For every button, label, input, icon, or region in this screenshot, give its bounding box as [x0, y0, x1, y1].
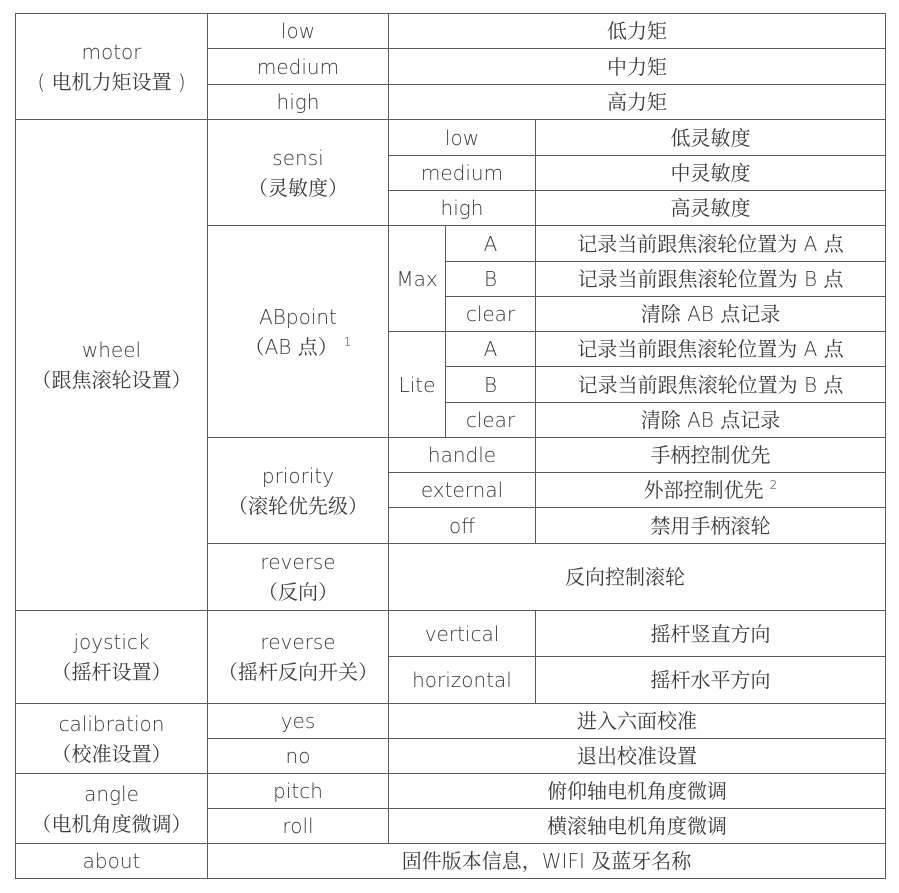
- option-desc: 手柄控制优先: [535, 437, 886, 473]
- submenu-sublabel-line: （AB 点）1: [245, 332, 352, 362]
- submenu-sublabel: （AB 点）: [245, 335, 338, 359]
- submenu-abpoint: ABpoint （AB 点）1: [207, 225, 389, 438]
- option-desc: 摇杆水平方向: [535, 656, 886, 704]
- submenu-label: reverse: [260, 627, 335, 657]
- menu-label: angle: [84, 779, 139, 809]
- submenu-sensi: sensi （灵敏度）: [207, 119, 389, 226]
- menu-sublabel: ( 电机力矩设置 ): [37, 67, 185, 97]
- option-key: medium: [388, 155, 536, 191]
- submenu-label: priority: [262, 461, 334, 491]
- menu-about: about: [15, 843, 208, 879]
- menu-joystick: joystick （摇杆设置）: [15, 610, 208, 704]
- option-key: horizontal: [388, 656, 536, 704]
- menu-label: wheel: [82, 335, 141, 365]
- option-desc: 清除 AB 点记录: [535, 402, 886, 438]
- submenu-sublabel: （摇杆反向开关）: [218, 657, 378, 687]
- menu-calibration: calibration （校准设置）: [15, 703, 208, 774]
- option-key: handle: [388, 437, 536, 473]
- option-key: yes: [207, 703, 389, 739]
- option-key: roll: [207, 808, 389, 844]
- option-key: A: [445, 331, 536, 367]
- option-key: external: [388, 472, 536, 508]
- menu-sublabel: （摇杆设置）: [52, 657, 172, 687]
- menu-wheel: wheel （跟焦滚轮设置）: [15, 119, 208, 611]
- menu-sublabel: （跟焦滚轮设置）: [32, 365, 192, 395]
- option-key: no: [207, 738, 389, 774]
- submenu-label: sensi: [272, 143, 323, 173]
- option-desc: 低灵敏度: [535, 119, 886, 156]
- option-desc: 记录当前跟焦滚轮位置为 A 点: [535, 331, 886, 367]
- option-key: high: [207, 84, 389, 120]
- option-desc: 横滚轴电机角度微调: [388, 808, 886, 844]
- option-key: vertical: [388, 610, 536, 657]
- desc-line: 外部控制优先2: [644, 475, 778, 505]
- option-key: off: [388, 507, 536, 544]
- option-desc: 中力矩: [388, 48, 886, 85]
- submenu-label: ABpoint: [259, 302, 337, 332]
- option-desc: 反向控制滚轮: [388, 543, 886, 611]
- option-desc: 记录当前跟焦滚轮位置为 A 点: [535, 225, 886, 262]
- option-key: B: [445, 366, 536, 403]
- menu-motor: motor ( 电机力矩设置 ): [15, 13, 208, 120]
- menu-sublabel: （电机角度微调）: [32, 809, 192, 839]
- option-desc: 摇杆竖直方向: [535, 610, 886, 657]
- group-lite: Lite: [388, 331, 446, 438]
- option-key: B: [445, 261, 536, 297]
- submenu-label: reverse: [260, 547, 335, 577]
- option-key: clear: [445, 296, 536, 332]
- menu-label: motor: [81, 37, 141, 67]
- option-desc: 高力矩: [388, 84, 886, 120]
- option-desc: 外部控制优先: [644, 478, 764, 502]
- option-key: A: [445, 225, 536, 262]
- option-desc: 固件版本信息，WIFI 及蓝牙名称: [207, 843, 886, 879]
- option-key: high: [388, 190, 536, 226]
- submenu-sublabel: （滚轮优先级）: [228, 491, 368, 521]
- option-key: low: [207, 13, 389, 49]
- option-desc: 清除 AB 点记录: [535, 296, 886, 332]
- option-desc: 退出校准设置: [388, 738, 886, 774]
- menu-label: calibration: [59, 709, 165, 739]
- option-key: medium: [207, 48, 389, 85]
- option-desc: 低力矩: [388, 13, 886, 49]
- option-desc: 中灵敏度: [535, 155, 886, 191]
- footnote-marker: 2: [770, 478, 778, 492]
- option-desc: 高灵敏度: [535, 190, 886, 226]
- submenu-joystick-reverse: reverse （摇杆反向开关）: [207, 610, 389, 704]
- submenu-sublabel: （灵敏度）: [248, 173, 348, 203]
- option-desc: 记录当前跟焦滚轮位置为 B 点: [535, 261, 886, 297]
- option-desc-external: 外部控制优先2: [535, 472, 886, 508]
- menu-angle: angle （电机角度微调）: [15, 773, 208, 844]
- submenu-sublabel: （反向）: [258, 577, 338, 607]
- option-desc: 进入六面校准: [388, 703, 886, 739]
- option-key: low: [388, 119, 536, 156]
- option-desc: 俯仰轴电机角度微调: [388, 773, 886, 809]
- option-key: pitch: [207, 773, 389, 809]
- option-desc: 禁用手柄滚轮: [535, 507, 886, 544]
- footnote-marker: 1: [344, 335, 352, 349]
- group-max: Max: [388, 225, 446, 332]
- menu-label: joystick: [73, 627, 149, 657]
- submenu-priority: priority （滚轮优先级）: [207, 437, 389, 544]
- option-desc: 记录当前跟焦滚轮位置为 B 点: [535, 366, 886, 403]
- option-key: clear: [445, 402, 536, 438]
- submenu-reverse: reverse （反向）: [207, 543, 389, 611]
- menu-sublabel: （校准设置）: [52, 739, 172, 769]
